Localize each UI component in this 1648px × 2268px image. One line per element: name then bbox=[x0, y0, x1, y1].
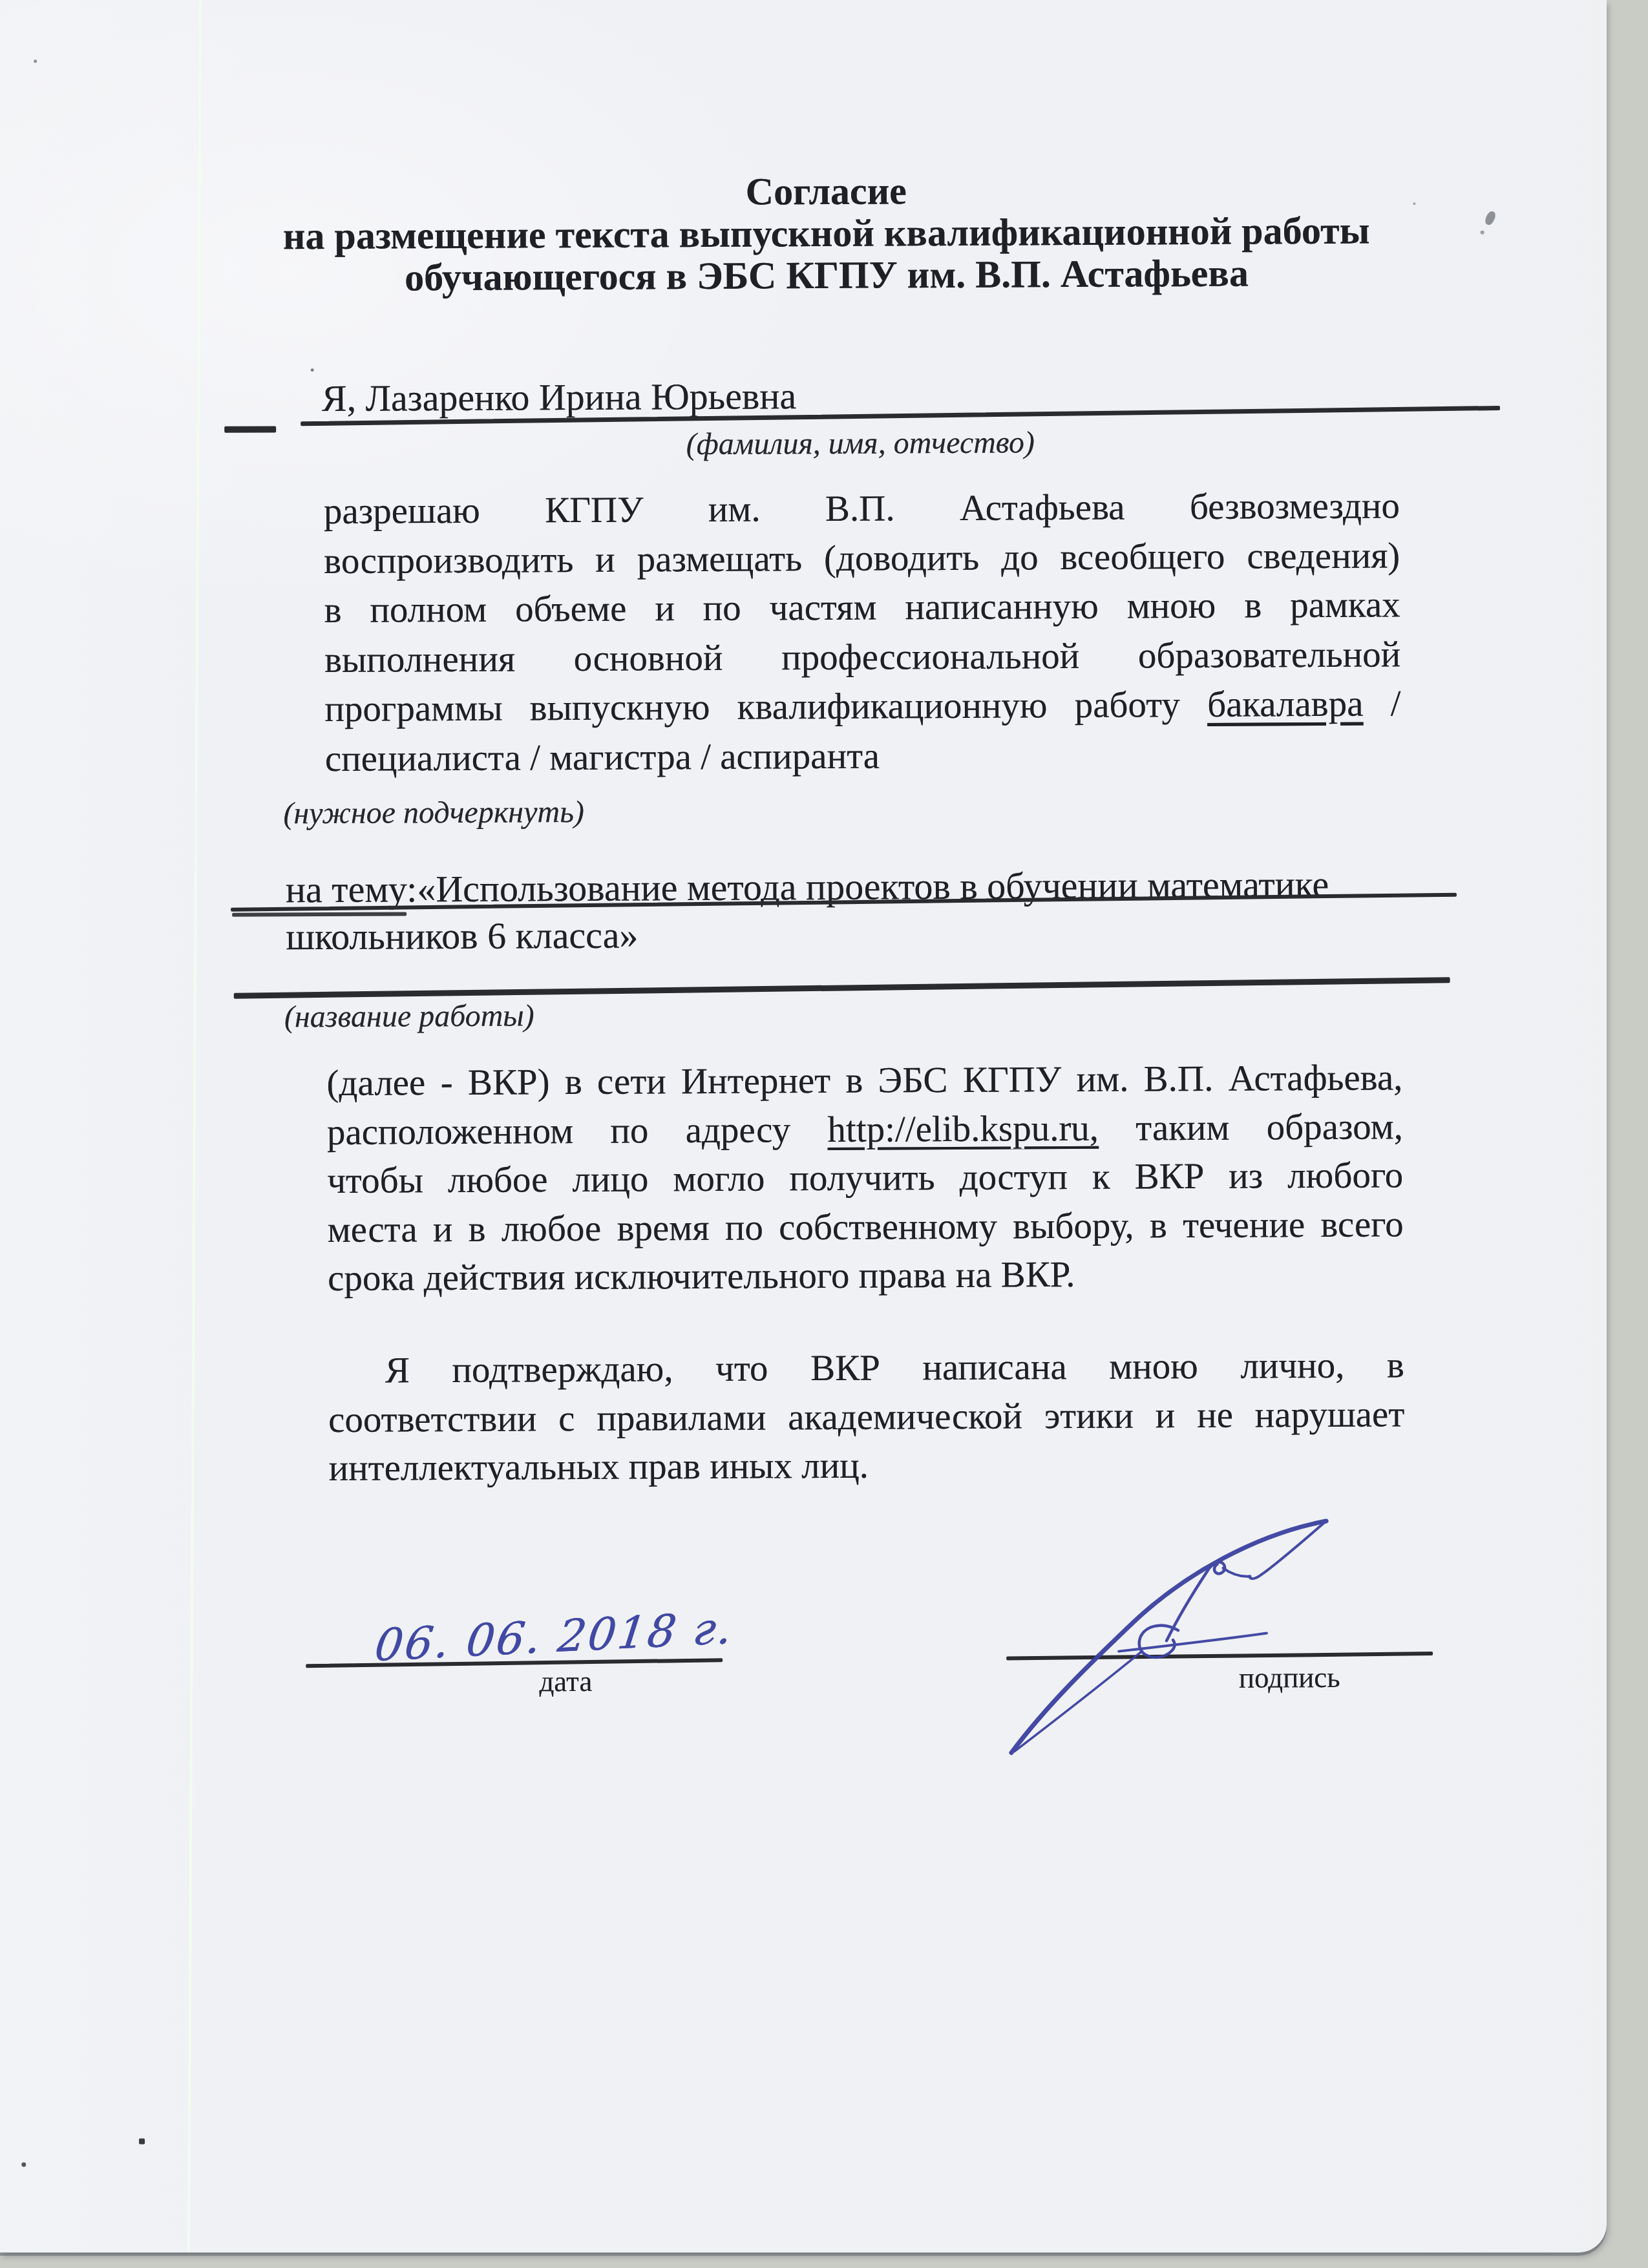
elib-url: http://elib.kspu.ru, bbox=[827, 1108, 1099, 1150]
paragraph-line: (далее - ВКР) в сети Интернет в ЭБС КГПУ… bbox=[326, 1053, 1402, 1108]
signature-image bbox=[972, 1483, 1490, 1783]
document-title: Согласие на размещение текста выпускной … bbox=[209, 167, 1444, 300]
scan-speck bbox=[139, 2139, 145, 2145]
underline-instruction-caption: (нужное подчеркнуть) bbox=[283, 794, 584, 832]
degree-underlined: бакалавра bbox=[1207, 684, 1364, 725]
paragraph-line: соответствии с правилами академической э… bbox=[328, 1390, 1404, 1444]
paragraph-line: Я подтверждаю, что ВКР написана мною лич… bbox=[328, 1341, 1404, 1395]
line-text: расположенном по адресу bbox=[327, 1109, 791, 1153]
name-rule-dash bbox=[224, 426, 276, 432]
paragraph-line: программы выпускную квалификационную раб… bbox=[324, 679, 1400, 734]
date-label: дата bbox=[501, 1664, 630, 1699]
consent-document: Согласие на размещение текста выпускной … bbox=[0, 0, 1648, 2268]
paragraph-line: места и в любое время по собственному вы… bbox=[327, 1200, 1403, 1254]
scan-speck bbox=[34, 59, 37, 63]
line-text: / bbox=[1390, 683, 1400, 724]
paragraph-line: воспроизводить и размещать (доводить до … bbox=[324, 531, 1400, 586]
title-line-1: Согласие bbox=[209, 167, 1443, 216]
line-text: программы выпускную квалификационную раб… bbox=[324, 684, 1180, 730]
work-title-caption: (название работы) bbox=[284, 998, 534, 1035]
paragraph-line: расположенном по адресу http://elib.kspu… bbox=[327, 1102, 1403, 1157]
paragraph-line: специалиста / магистра / аспиранта bbox=[325, 729, 1401, 784]
terms-paragraph: (далее - ВКР) в сети Интернет в ЭБС КГПУ… bbox=[326, 1053, 1404, 1303]
permission-paragraph: разрешаю КГПУ им. В.П. Астафьева безвозм… bbox=[324, 481, 1401, 784]
topic-line-2: школьников 6 класса» bbox=[286, 913, 638, 960]
paragraph-line: срока действия исключительного права на … bbox=[328, 1248, 1404, 1303]
paragraph-line: разрешаю КГПУ им. В.П. Астафьева безвозм… bbox=[324, 481, 1400, 536]
work-title-rule-line bbox=[234, 977, 1450, 999]
scan-speck bbox=[21, 2162, 26, 2167]
paragraph-line: выполнения основной профессиональной обр… bbox=[324, 630, 1400, 685]
name-caption: (фамилия, имя, отчество) bbox=[666, 425, 1054, 463]
scan-speck bbox=[1484, 210, 1497, 226]
declarant-name: Я, Лазаренко Ирина Юрьевна bbox=[322, 373, 796, 421]
scan-speck bbox=[1413, 202, 1415, 205]
title-line-2: на размещение текста выпускной квалифика… bbox=[209, 209, 1443, 258]
confirmation-paragraph: Я подтверждаю, что ВКР написана мною лич… bbox=[328, 1341, 1405, 1493]
title-line-3: обучающегося в ЭБС КГПУ им. В.П. Астафье… bbox=[209, 251, 1444, 300]
line-text: таким образом, bbox=[1136, 1106, 1403, 1148]
paragraph-line: в полном объеме и по частям написанную м… bbox=[324, 580, 1400, 635]
scan-speck bbox=[311, 368, 314, 372]
scan-speck bbox=[1481, 231, 1484, 235]
paragraph-line: чтобы любое лицо могло получить доступ к… bbox=[327, 1151, 1403, 1205]
